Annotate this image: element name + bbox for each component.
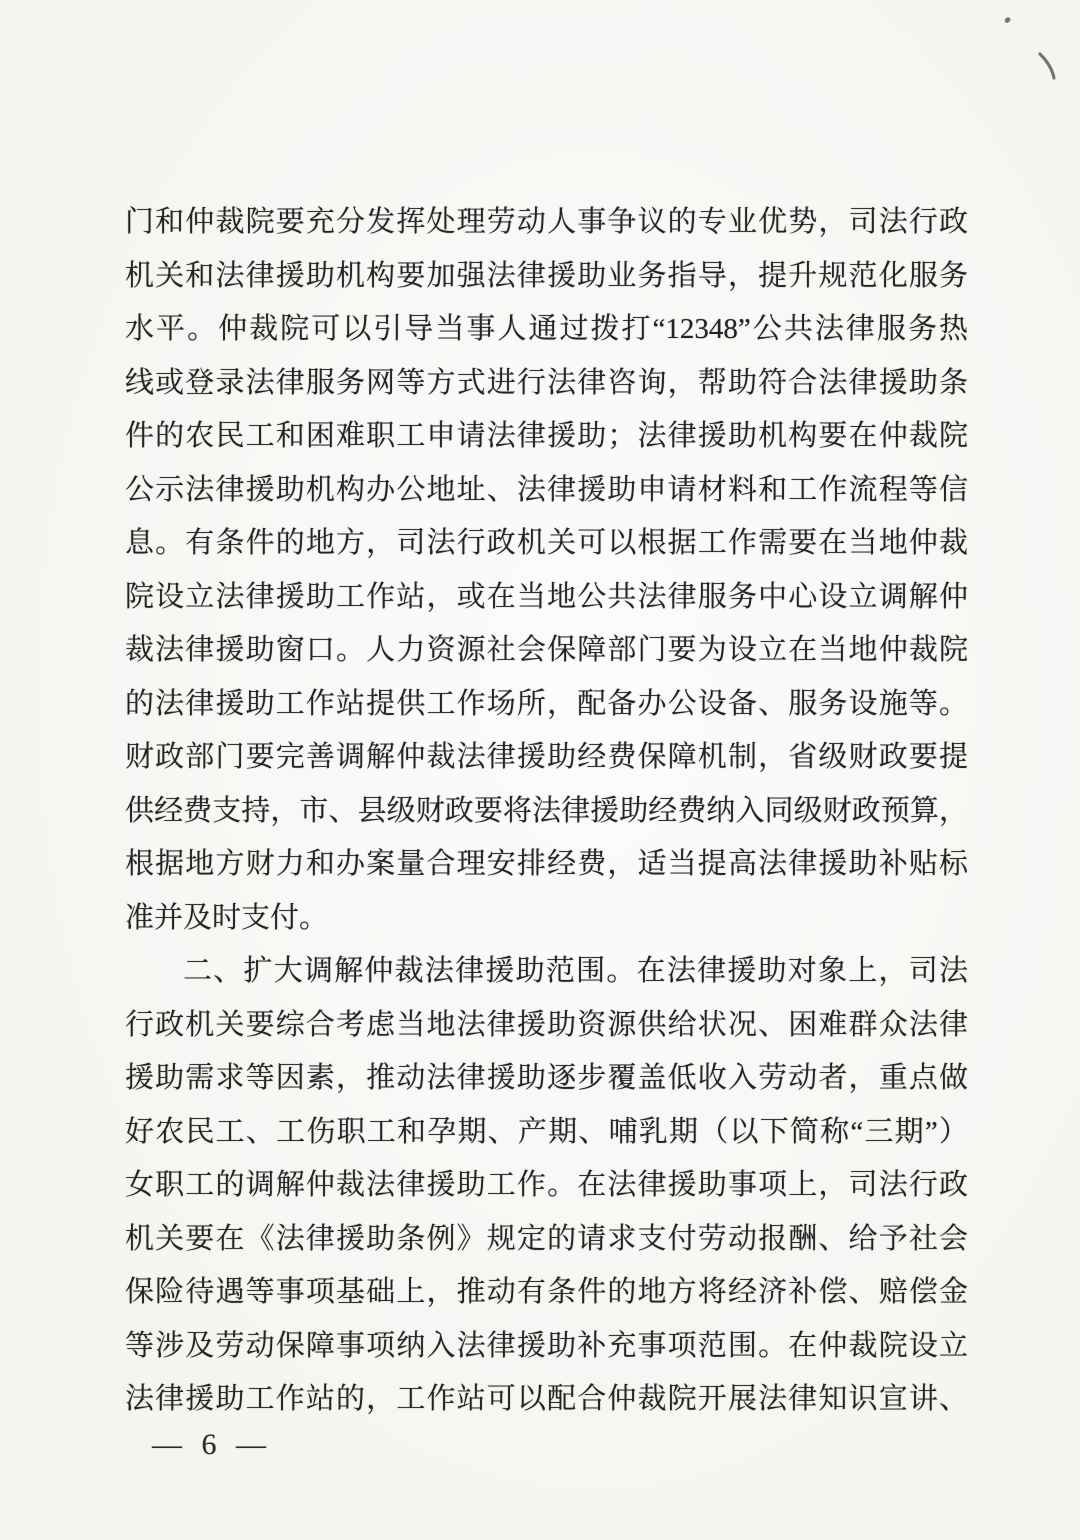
scan-artifact-stroke (1036, 52, 1060, 82)
text-line: 公示法律援助机构办公地址、法律援助申请材料和工作流程等信 (125, 464, 968, 518)
document-body: 门和仲裁院要充分发挥处理劳动人事争议的专业优势，司法行政 机关和法律援助机构要加… (125, 196, 968, 1427)
text-line: 好农民工、工伤职工和孕期、产期、哺乳期（以下简称“三期”） (125, 1106, 968, 1160)
paragraph-start-line: 二、扩大调解仲裁法律援助范围。在法律援助对象上，司法 (125, 945, 968, 999)
text-line: 的法律援助工作站提供工作场所，配备办公设备、服务设施等。 (125, 678, 968, 732)
text-line: 院设立法律援助工作站，或在当地公共法律服务中心设立调解仲 (125, 571, 968, 625)
text-line: 件的农民工和困难职工申请法律援助；法律援助机构要在仲裁院 (125, 410, 968, 464)
text-line: 保险待遇等事项基础上，推动有条件的地方将经济补偿、赔偿金 (125, 1266, 968, 1320)
text-line: 行政机关要综合考虑当地法律援助资源供给状况、困难群众法律 (125, 999, 968, 1053)
text-line: 线或登录法律服务网等方式进行法律咨询，帮助符合法律援助条 (125, 357, 968, 411)
text-line: 机关和法律援助机构要加强法律援助业务指导，提升规范化服务 (125, 250, 968, 304)
text-line: 女职工的调解仲裁法律援助工作。在法律援助事项上，司法行政 (125, 1159, 968, 1213)
text-line: 机关要在《法律援助条例》规定的请求支付劳动报酬、给予社会 (125, 1213, 968, 1267)
text-line: 息。有条件的地方，司法行政机关可以根据工作需要在当地仲裁 (125, 517, 968, 571)
text-line: 等涉及劳动保障事项纳入法律援助补充事项范围。在仲裁院设立 (125, 1320, 968, 1374)
text-line: 财政部门要完善调解仲裁法律援助经费保障机制，省级财政要提 (125, 731, 968, 785)
text-line: 根据地方财力和办案量合理安排经费，适当提高法律援助补贴标 (125, 838, 968, 892)
page-number: — 6 — (152, 1428, 272, 1462)
text-line: 裁法律援助窗口。人力资源社会保障部门要为设立在当地仲裁院 (125, 624, 968, 678)
scan-artifact-dot (1004, 16, 1012, 24)
text-line: 水平。仲裁院可以引导当事人通过拨打“12348”公共法律服务热 (125, 303, 968, 357)
paragraph-end-line: 准并及时支付。 (125, 892, 968, 946)
text-line: 法律援助工作站的，工作站可以配合仲裁院开展法律知识宣讲、 (125, 1373, 968, 1427)
text-line: 门和仲裁院要充分发挥处理劳动人事争议的专业优势，司法行政 (125, 196, 968, 250)
text-line: 援助需求等因素，推动法律援助逐步覆盖低收入劳动者，重点做 (125, 1052, 968, 1106)
scanned-document-page: 门和仲裁院要充分发挥处理劳动人事争议的专业优势，司法行政 机关和法律援助机构要加… (0, 0, 1080, 1540)
text-line: 供经费支持，市、县级财政要将法律援助经费纳入同级财政预算， (125, 785, 968, 839)
